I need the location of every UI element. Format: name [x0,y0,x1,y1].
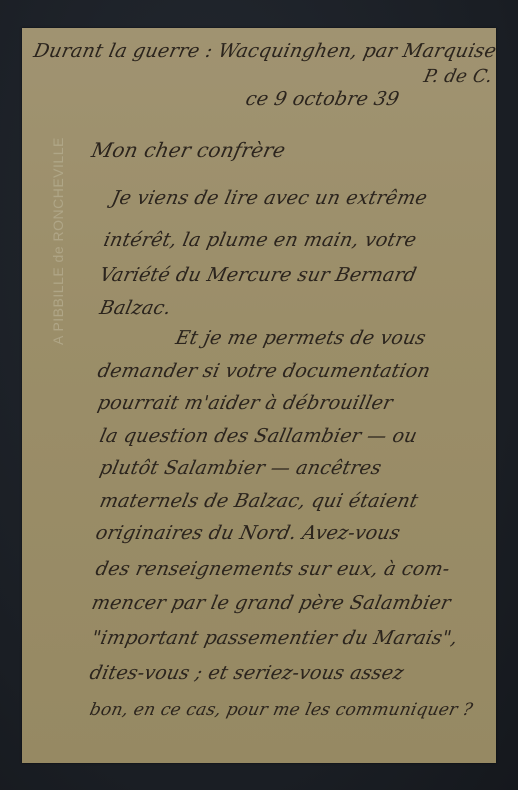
body-line: bon, en ce cas, pour me les communiquer … [88,700,475,720]
body-line: demander si votre documentation [96,360,433,382]
body-line: maternels de Balzac, qui étaient [98,490,421,512]
body-line: intérêt, la plume en main, votre [102,229,419,251]
body-line: des renseignements sur eux, à com- [94,558,452,580]
body-line: la question des Sallambier — ou [98,425,420,447]
body-line: pourrait m'aider à débrouiller [96,392,395,414]
body-line: "important passementier du Marais", [90,627,460,649]
pencil-annotation: A PIBBILLE de RONCHEVILLE [50,137,66,345]
body-line: Et je me permets de vous [174,327,428,349]
body-line: Balzac. [98,297,173,319]
body-line: originaires du Nord. Avez-vous [94,522,403,544]
body-line: mencer par le grand père Salambier [90,592,453,614]
region-line: P. de C. [422,66,495,87]
body-line: dites-vous ; et seriez-vous assez [88,662,406,684]
address-line: Durant la guerre : Wacquinghen, par Marq… [32,40,499,62]
body-line: Variété du Mercure sur Bernard [98,264,419,286]
salutation: Mon cher confrère [89,138,287,162]
body-line: plutôt Salambier — ancêtres [98,457,384,479]
date-line: ce 9 octobre 39 [244,88,402,110]
body-line: Je viens de lire avec un extrême [110,187,430,209]
